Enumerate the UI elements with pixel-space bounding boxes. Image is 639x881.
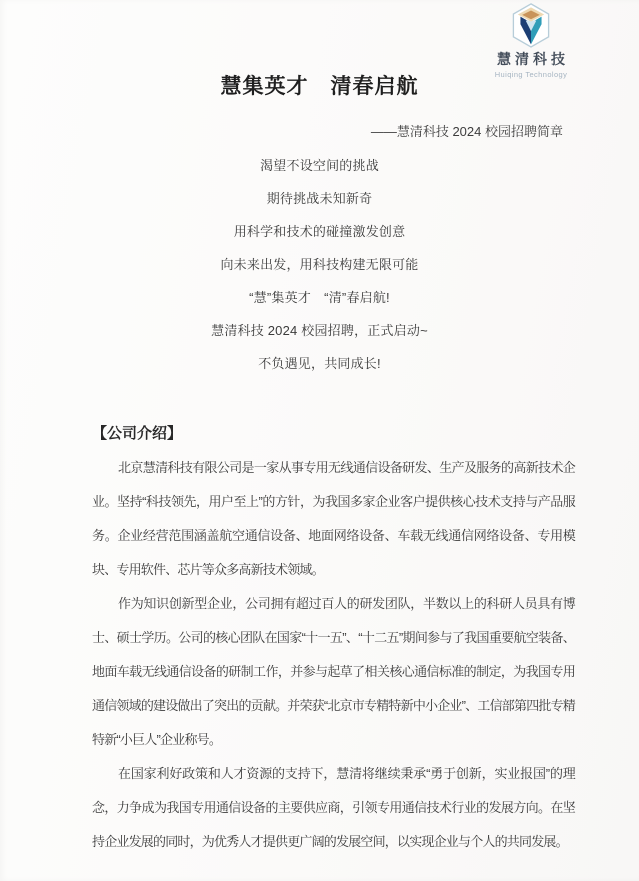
slogan-line: 不负遇见，共同成长! [0,347,639,380]
intro-paragraph: 作为知识创新型企业，公司拥有超过百人的研发团队，半数以上的科研人员具有博士、硕士… [92,587,575,757]
slogan-line: 慧清科技 2024 校园招聘，正式启动~ [0,314,639,347]
slogan-line: “慧”集英才 “清”春启航! [0,281,639,314]
slogan-line: 期待挑战未知新奇 [0,182,639,215]
slogan-line: 渴望不设空间的挑战 [0,149,639,182]
document-page: 慧清科技 Huiqing Technology 慧集英才 清春启航 ——慧清科技… [0,0,639,881]
company-intro-section: 【公司介绍】 北京慧清科技有限公司是一家从事专用无线通信设备研发、生产及服务的高… [0,416,639,859]
logo-cube-icon [509,2,553,48]
slogan-line: 用科学和技术的碰撞激发创意 [0,215,639,248]
logo-company-name: 慧清科技 [471,49,591,69]
slogan-block: 渴望不设空间的挑战 期待挑战未知新奇 用科学和技术的碰撞激发创意 向未来出发，用… [0,149,639,380]
intro-paragraph: 北京慧清科技有限公司是一家从事专用无线通信设备研发、生产及服务的高新技术企业。坚… [92,451,575,587]
logo-company-name-en: Huiqing Technology [471,70,591,79]
company-intro-heading: 【公司介绍】 [92,416,575,451]
slogan-line: 向未来出发，用科技构建无限可能 [0,248,639,281]
company-logo: 慧清科技 Huiqing Technology [471,2,591,79]
byline: ——慧清科技 2024 校园招聘简章 [0,121,639,140]
intro-paragraph: 在国家利好政策和人才资源的支持下，慧清将继续秉承“勇于创新，实业报国”的理念，力… [92,757,575,859]
